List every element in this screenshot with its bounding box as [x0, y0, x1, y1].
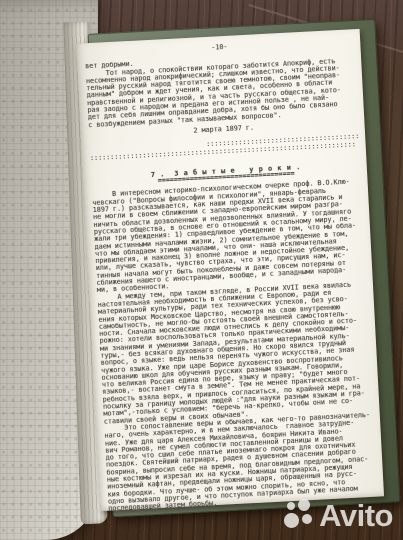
avito-wordmark: Avito: [319, 500, 393, 531]
avito-watermark: Avito: [284, 499, 393, 532]
typed-page: -10- вет добрыми. Тот народ, о спокойств…: [76, 29, 384, 511]
essay-paragraph-3: Это сопоставление веры и обычаев, как че…: [104, 412, 378, 511]
book-page-photo: -10- вет добрыми. Тот народ, о спокойств…: [0, 0, 403, 540]
essay-paragraph-1: В интересном историко-психологическом оч…: [92, 178, 367, 294]
intro-paragraph: вет добрыми. Тот народ, о спокойствии ко…: [85, 49, 358, 129]
essay-paragraph-2: А между тем, при таком взгляде, в России…: [97, 280, 374, 425]
avito-logo-icon: [284, 499, 314, 532]
